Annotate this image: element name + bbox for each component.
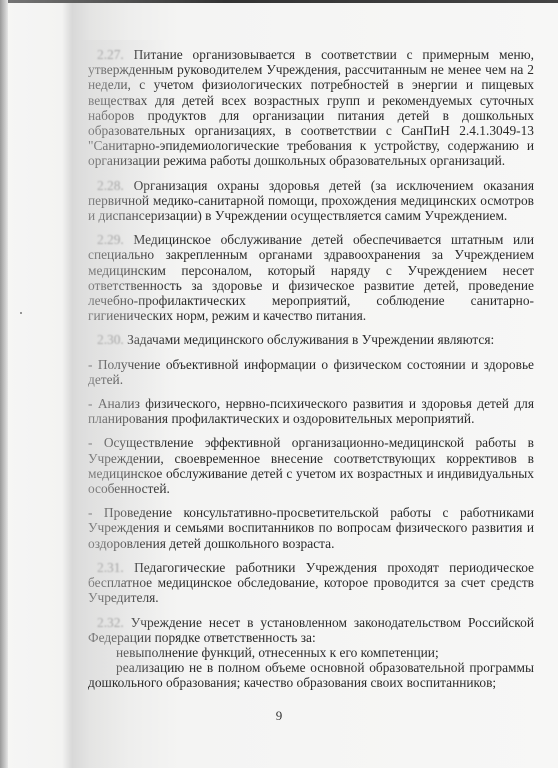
paragraph-text: Задачами медицинского обслуживания в Учр… <box>127 332 494 347</box>
scan-left-border <box>0 0 8 768</box>
paragraph-number: 2.32. <box>97 615 124 630</box>
task-item: - Осуществление эффективной организацион… <box>88 435 534 496</box>
paragraph-number: 2.30. <box>97 332 124 347</box>
scan-speck <box>20 312 22 314</box>
task-item: - Проведение консультативно-просветитель… <box>88 505 534 551</box>
paragraph-2-27: 2.27. Питание организовывается в соответ… <box>88 47 534 169</box>
paragraph-text: Организация охраны здоровья детей (за ис… <box>88 178 534 223</box>
paragraph-number: 2.28. <box>97 178 124 193</box>
paragraph-number: 2.29. <box>97 232 124 247</box>
paragraph-2-32: 2.32. Учреждение несет в установленном з… <box>88 615 534 645</box>
paragraph-text: Питание организовывается в соответствии … <box>88 47 534 168</box>
paragraph-text: Учреждение несет в установленном законод… <box>88 615 534 645</box>
paragraph-text: Педагогические работники Учреждения прох… <box>88 560 534 605</box>
paragraph-2-30: 2.30. Задачами медицинского обслуживания… <box>88 332 534 347</box>
paragraph-2-31: 2.31. Педагогические работники Учреждени… <box>88 560 534 606</box>
document-body: 2.27. Питание организовывается в соответ… <box>88 47 534 691</box>
task-item: - Получение объективной информации о физ… <box>88 357 534 387</box>
paragraph-text: Медицинское обслуживание детей обеспечив… <box>88 232 534 323</box>
page-number: 9 <box>0 708 558 724</box>
paragraph-2-29: 2.29. Медицинское обслуживание детей обе… <box>88 232 534 323</box>
paragraph-number: 2.31. <box>97 560 124 575</box>
paragraph-number: 2.27. <box>97 47 124 62</box>
responsibility-item: невыполнение функций, отнесенных к его к… <box>88 645 534 660</box>
paragraph-2-28: 2.28. Организация охраны здоровья детей … <box>88 178 534 224</box>
scan-top-border <box>0 0 558 3</box>
responsibility-item: реализацию не в полном объеме основной о… <box>88 660 534 690</box>
task-item: - Анализ физического, нервно-психическог… <box>88 396 534 426</box>
